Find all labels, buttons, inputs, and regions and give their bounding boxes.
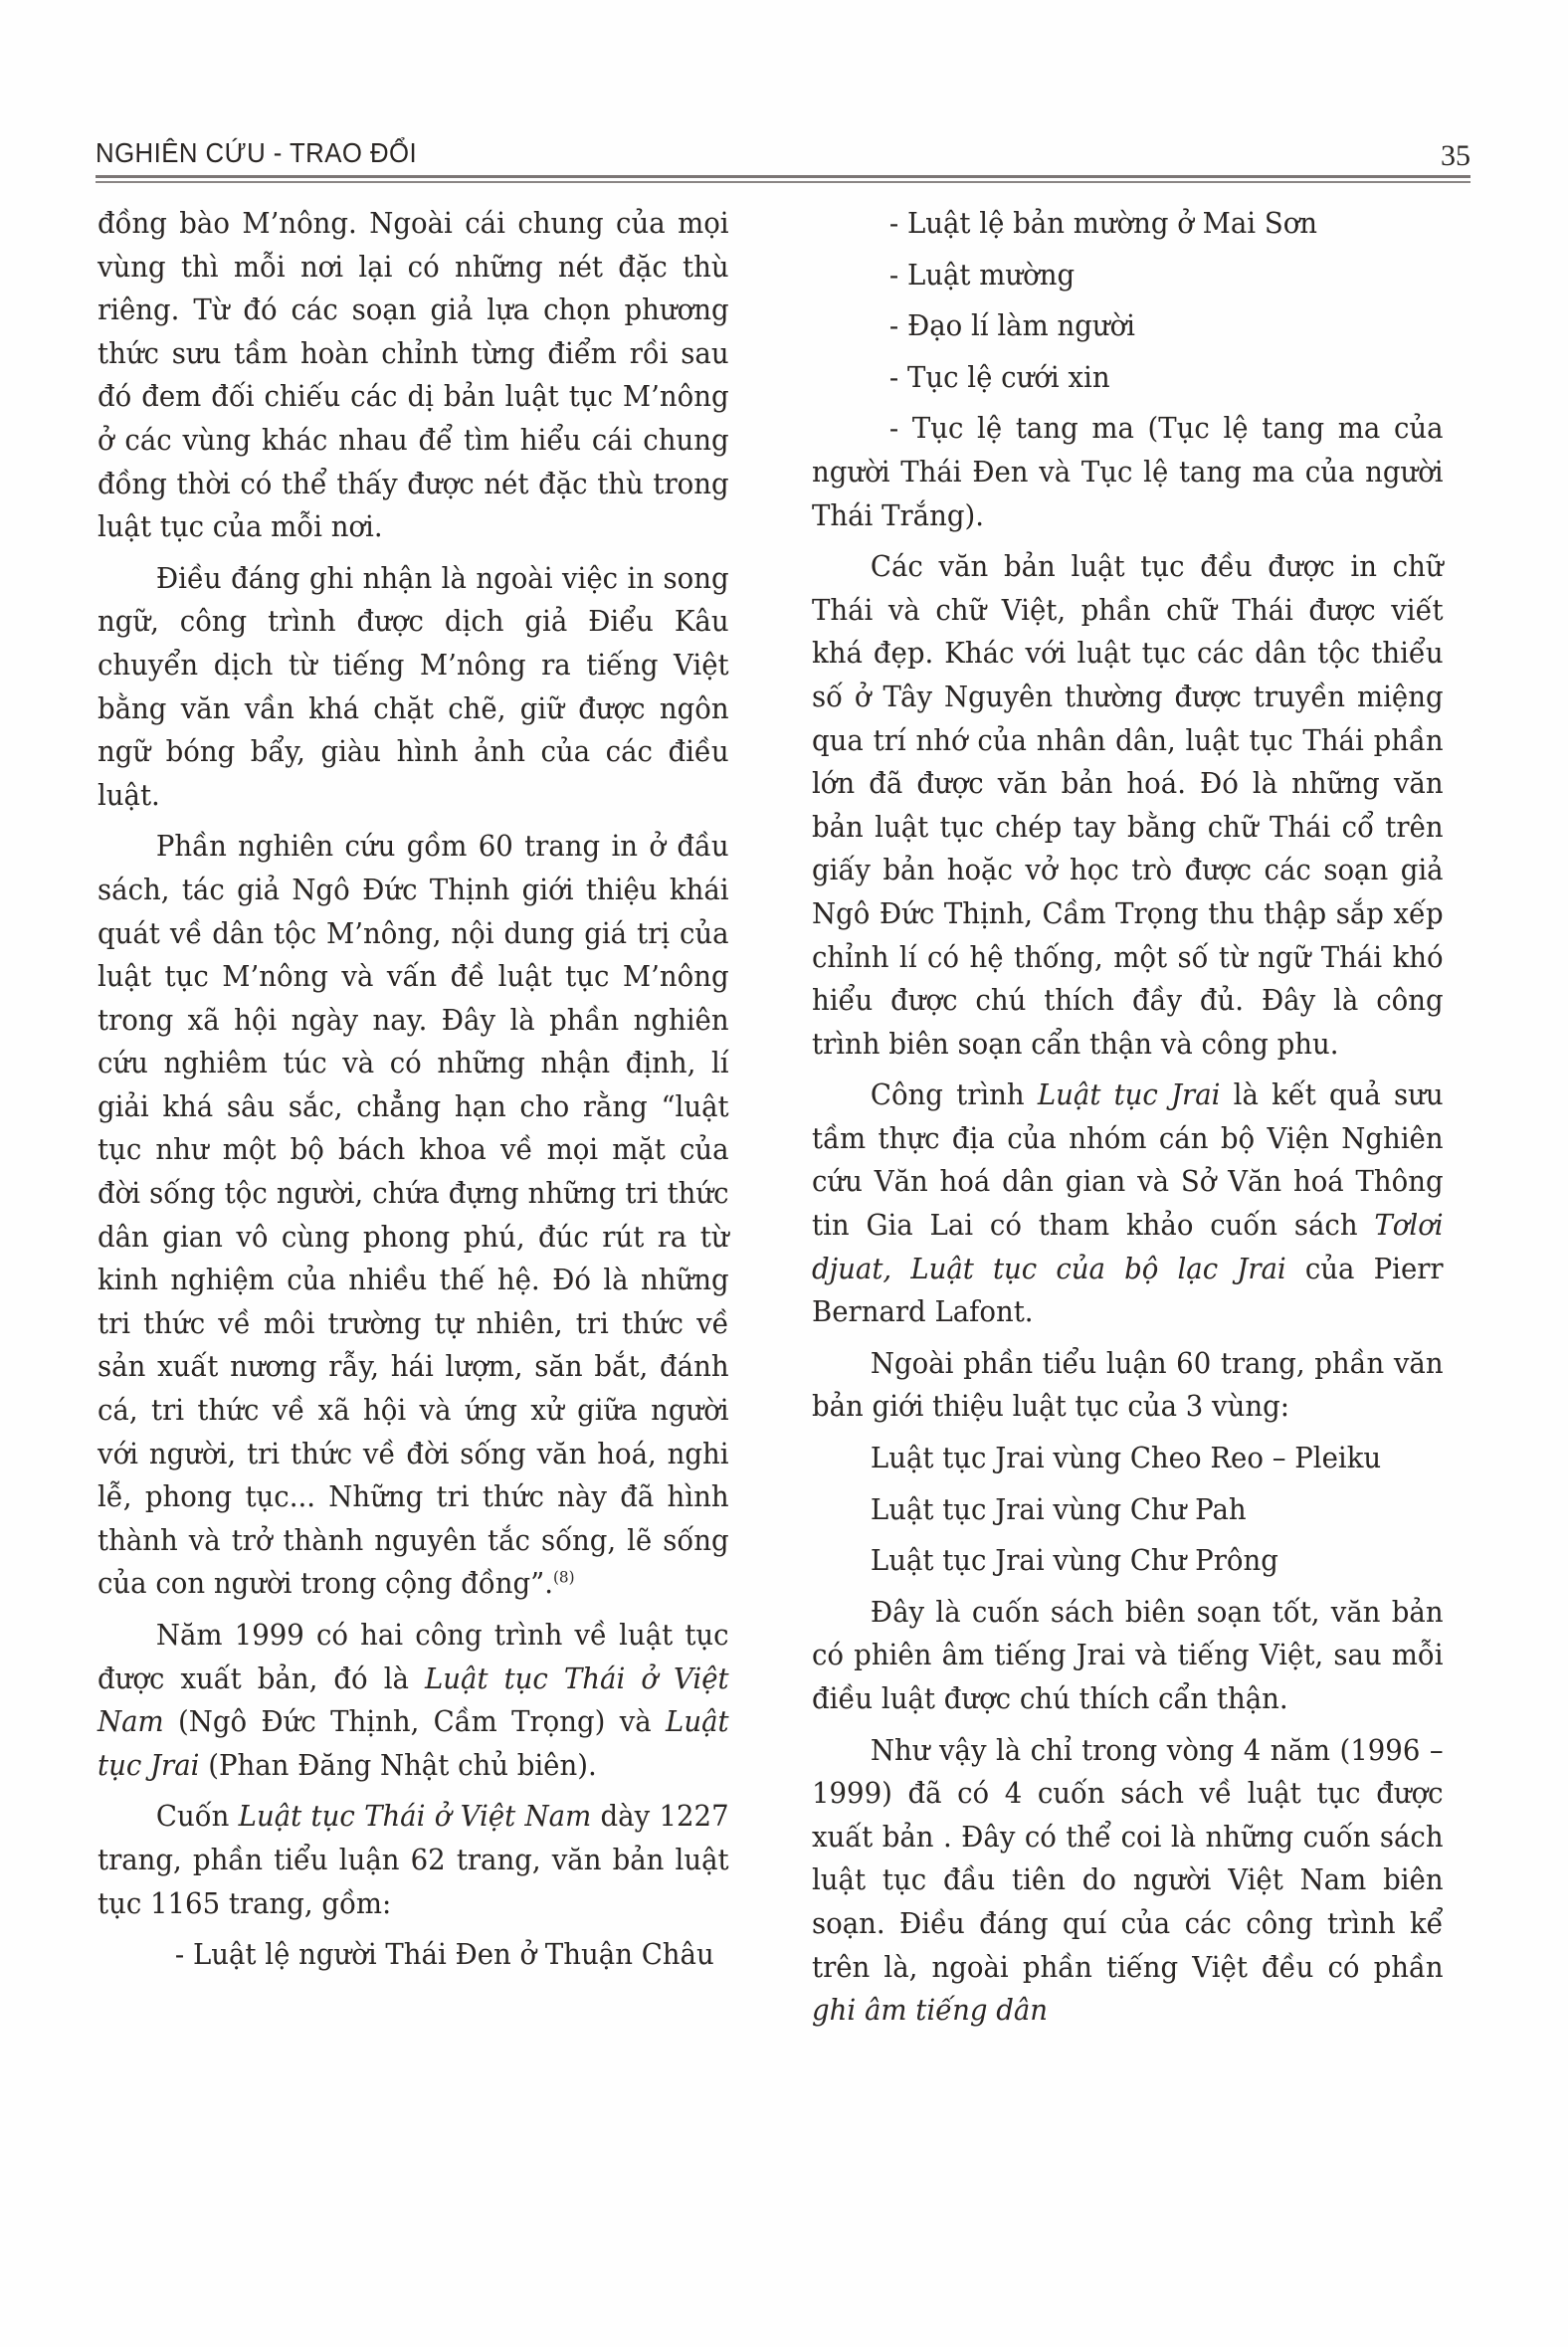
region-item: Luật tục Jrai vùng Cheo Reo – Pleiku [812,1437,1444,1480]
list-item: - Luật lệ bản mường ở Mai Sơn [812,202,1444,246]
list-item: - Tục lệ tang ma (Tục lệ tang ma của ngư… [812,407,1444,537]
region-item: Luật tục Jrai vùng Chư Prông [812,1539,1444,1583]
book-title: Luật tục Thái ở Việt Nam [239,1799,592,1833]
list-item: - Tục lệ cưới xin [812,356,1444,400]
footnote-ref: (8) [553,1568,575,1587]
region-item: Luật tục Jrai vùng Chư Pah [812,1488,1444,1532]
paragraph: Đây là cuốn sách biên soạn tốt, văn bản … [812,1591,1444,1721]
paragraph: đồng bào M’nông. Ngoài cái chung của mọi… [98,202,729,549]
list-item: - Đạo lí làm người [812,304,1444,348]
paragraph-quote: Phần nghiên cứu gồm 60 trang in ở đầu sá… [98,825,729,1606]
paragraph: Như vậy là chỉ trong vòng 4 năm (1996 – … [812,1729,1444,2033]
paragraph: Ngoài phần tiểu luận 60 trang, phần văn … [812,1342,1444,1429]
book-title: Luật tục Jrai [1038,1077,1221,1111]
list-item: - Luật lệ người Thái Đen ở Thuận Châu [98,1933,729,1977]
paragraph: Các văn bản luật tục đều được in chữ Thá… [812,545,1444,1066]
paragraph: Điều đáng ghi nhận là ngoài việc in song… [98,557,729,818]
header-rule [96,175,1470,178]
left-column: đồng bào M’nông. Ngoài cái chung của mọi… [98,202,729,1985]
right-column: - Luật lệ bản mường ở Mai Sơn - Luật mườ… [812,202,1444,2041]
header-rule-secondary [96,181,1470,183]
paragraph: Công trình Luật tục Jrai là kết quả sưu … [812,1074,1444,1334]
paragraph: Cuốn Luật tục Thái ở Việt Nam dày 1227 t… [98,1795,729,1925]
section-title: NGHIÊN CỨU - TRAO ĐỔI [96,137,417,169]
list-item: - Luật mường [812,254,1444,297]
paragraph: Năm 1999 có hai công trình về luật tục đ… [98,1614,729,1787]
page-number: 35 [1441,139,1470,173]
emphasis: ghi âm tiếng dân [812,1993,1048,2027]
